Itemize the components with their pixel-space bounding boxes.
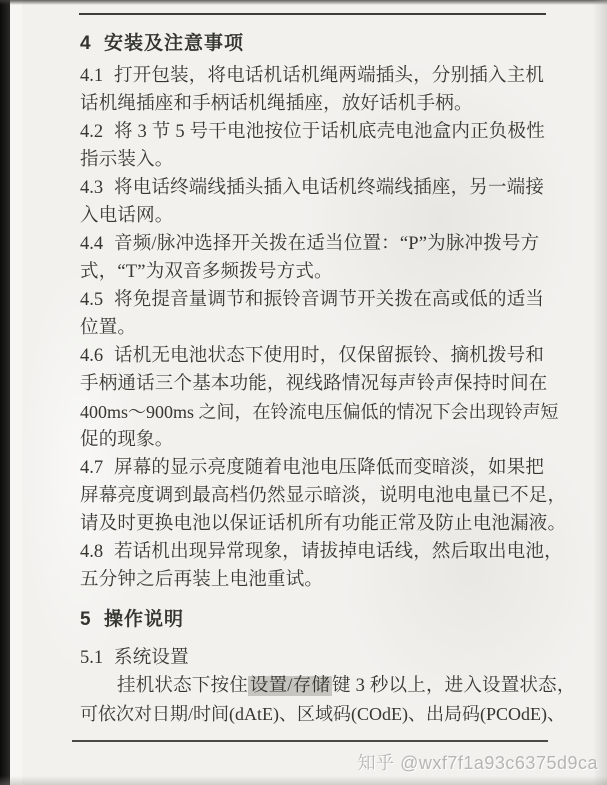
text-line: 位置。 — [80, 314, 558, 342]
settings-store-key-highlight: 设置/存储 — [248, 676, 332, 696]
zhihu-watermark: 知乎 @wxf7f1a93c6375d9ca — [358, 749, 598, 775]
text-line: 促的现象。 — [80, 426, 558, 454]
text-line: 可依次对日期/时间(dAtE)、区域码(COdE)、出局码(PCOdE)、 — [80, 700, 558, 728]
text-line: 屏幕亮度调到最高档仍然显示暗淡，说明电池电量已不足， — [80, 482, 558, 510]
item-text: 打开包装，将电话机话机绳两端插头，分别插入主机 — [114, 66, 544, 86]
item-number: 4.2 — [80, 118, 114, 146]
scanned-manual-page: 4安装及注意事项 4.1打开包装，将电话机话机绳两端插头，分别插入主机 话机绳插… — [0, 0, 607, 785]
item-4-5: 4.5将免提音量调节和振铃音调节开关拨在高或低的适当 位置。 — [80, 286, 558, 342]
text-line: 4.5将免提音量调节和振铃音调节开关拨在高或低的适当 — [80, 286, 558, 314]
scan-top-edge-shadow — [0, 0, 607, 5]
text-line: 4.7屏幕的显示亮度随着电池电压降低而变暗淡，如果把 — [80, 454, 558, 482]
item-number: 4.4 — [80, 230, 114, 258]
paragraph-5-1: 挂机状态下按住设置/存储键 3 秒以上，进入设置状态， 可依次对日期/时间(dA… — [80, 672, 558, 728]
item-number: 4.8 — [80, 538, 114, 566]
item-4-4: 4.4音频/脉冲选择开关拨在适当位置：“P”为脉冲拨号方 式，“T”为双音多频拨… — [80, 230, 558, 286]
subsection-number: 5.1 — [80, 644, 114, 672]
item-number: 4.7 — [80, 454, 114, 482]
paragraph-text: 挂机状态下按住 — [117, 676, 248, 696]
text-line: 4.1打开包装，将电话机话机绳两端插头，分别插入主机 — [80, 62, 558, 90]
text-line: 挂机状态下按住设置/存储键 3 秒以上，进入设置状态， — [80, 672, 558, 700]
text-line: 400ms～900ms 之间，在铃流电压偏低的情况下会出现铃声短 — [80, 398, 558, 426]
text-line: 请及时更换电池以保证话机所有功能正常及防止电池漏液。 — [80, 510, 558, 538]
section-5-heading: 5操作说明 — [80, 606, 558, 634]
item-number: 4.5 — [80, 286, 114, 314]
item-number: 4.3 — [80, 174, 114, 202]
section-title: 操作说明 — [104, 609, 184, 630]
text-line: 入电话网。 — [80, 202, 558, 230]
scan-left-edge-bar — [0, 0, 10, 785]
item-4-8: 4.8若话机出现异常现象，请拔掉电话线，然后取出电池， 五分钟之后再装上电池重试… — [80, 538, 558, 594]
text-line: 4.8若话机出现异常现象，请拔掉电话线，然后取出电池， — [80, 538, 558, 566]
item-number: 4.1 — [80, 62, 114, 90]
text-line: 话机绳插座和手柄话机绳插座，放好话机手柄。 — [80, 90, 558, 118]
section-title: 安装及注意事项 — [104, 33, 244, 54]
item-text: 音频/脉冲选择开关拨在适当位置：“P”为脉冲拨号方 — [114, 234, 539, 254]
item-4-2: 4.2将 3 节 5 号干电池按位于话机底壳电池盒内正负极性 指示装入。 — [80, 118, 558, 174]
text-line: 4.4音频/脉冲选择开关拨在适当位置：“P”为脉冲拨号方 — [80, 230, 558, 258]
item-4-1: 4.1打开包装，将电话机话机绳两端插头，分别插入主机 话机绳插座和手柄话机绳插座… — [80, 62, 558, 118]
text-line: 4.2将 3 节 5 号干电池按位于话机底壳电池盒内正负极性 — [80, 118, 558, 146]
text-line: 五分钟之后再装上电池重试。 — [80, 566, 558, 594]
item-text: 将电话终端线插头插入电话机终端线插座，另一端接 — [114, 178, 544, 198]
page-footer-rule — [72, 740, 548, 742]
item-4-3: 4.3将电话终端线插头插入电话机终端线插座，另一端接 入电话网。 — [80, 174, 558, 230]
subsection-5-1-heading: 5.1系统设置 — [80, 644, 558, 672]
item-number: 4.6 — [80, 342, 114, 370]
item-text: 屏幕的显示亮度随着电池电压降低而变暗淡，如果把 — [114, 458, 544, 478]
item-text: 话机无电池状态下使用时，仅保留振铃、摘机拨号和 — [114, 346, 544, 366]
text-line: 4.6话机无电池状态下使用时，仅保留振铃、摘机拨号和 — [80, 342, 558, 370]
section-number: 5 — [80, 606, 104, 634]
item-text: 将 3 节 5 号干电池按位于话机底壳电池盒内正负极性 — [114, 122, 545, 142]
scan-gutter-strip — [10, 0, 22, 785]
text-line: 指示装入。 — [80, 146, 558, 174]
text-line: 4.3将电话终端线插头插入电话机终端线插座，另一端接 — [80, 174, 558, 202]
page-header-rule — [79, 13, 546, 15]
text-line: 式，“T”为双音多频拨号方式。 — [80, 258, 558, 286]
subsection-title: 系统设置 — [114, 648, 189, 668]
item-text: 若话机出现异常现象，请拔掉电话线，然后取出电池， — [114, 542, 563, 562]
scan-bottom-edge-shadow — [0, 776, 607, 785]
scan-right-edge-shadow — [593, 0, 607, 785]
item-4-7: 4.7屏幕的显示亮度随着电池电压降低而变暗淡，如果把 屏幕亮度调到最高档仍然显示… — [80, 454, 558, 538]
item-4-6: 4.6话机无电池状态下使用时，仅保留振铃、摘机拨号和 手柄通话三个基本功能，视线… — [80, 342, 558, 454]
section-number: 4 — [80, 30, 104, 58]
item-text: 将免提音量调节和振铃音调节开关拨在高或低的适当 — [114, 290, 544, 310]
page-content: 4安装及注意事项 4.1打开包装，将电话机话机绳两端插头，分别插入主机 话机绳插… — [80, 30, 558, 728]
text-line: 手柄通话三个基本功能，视线路情况每声铃声保持时间在 — [80, 370, 558, 398]
section-4-heading: 4安装及注意事项 — [80, 30, 558, 58]
paragraph-text: 键 3 秒以上，进入设置状态， — [332, 676, 576, 696]
